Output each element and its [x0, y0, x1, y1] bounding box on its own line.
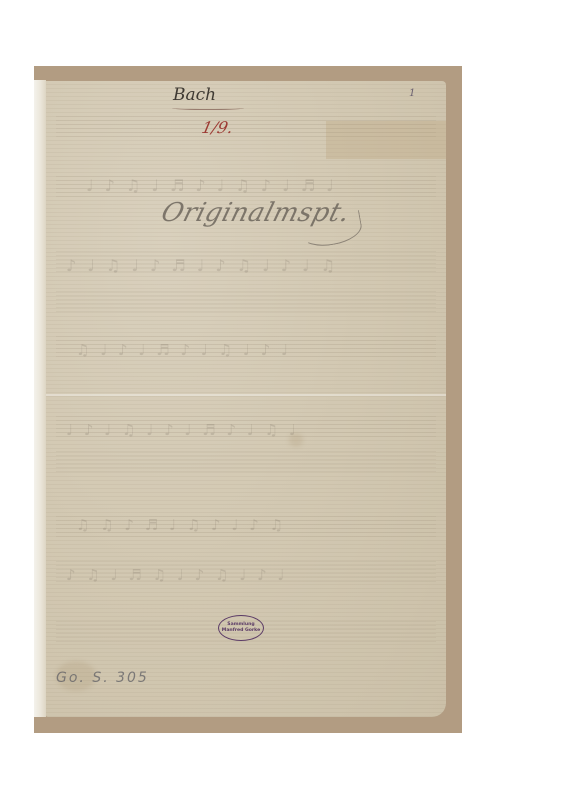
bleed-through-notes: ♫ ♫ ♪ ♬ ♩ ♫ ♪ ♩ ♪ ♫	[76, 516, 286, 534]
bleed-through-notes: ♩ ♪ ♩ ♫ ♩ ♪ ♩ ♬ ♪ ♩ ♫ ♩	[66, 421, 299, 439]
ink-stain	[289, 433, 303, 447]
bleed-through-notes: ♪ ♩ ♫ ♩ ♪ ♬ ♩ ♪ ♫ ♩ ♪ ♩ ♫	[66, 256, 338, 275]
red-catalog-number: 1/9.	[200, 118, 235, 137]
shelfmark: Go. S. 305	[56, 670, 149, 686]
page-number: 1	[409, 88, 415, 99]
bleed-staff	[56, 291, 436, 313]
bleed-staff	[56, 116, 436, 138]
bleed-through-notes: ♫ ♩ ♪ ♩ ♬ ♪ ♩ ♫ ♩ ♪ ♩	[76, 341, 291, 359]
bleed-through-notes: ♪ ♫ ♩ ♬ ♫ ♩ ♪ ♫ ♩ ♪ ♩	[66, 566, 288, 584]
collection-stamp: Sammlung Manfred Gorke	[218, 615, 264, 641]
composer-underline	[172, 105, 244, 110]
bleed-staff	[56, 451, 436, 473]
bleed-through-notes: ♩ ♪ ♫ ♩ ♬ ♪ ♩ ♫ ♪ ♩ ♬ ♩	[86, 176, 337, 195]
fold-line	[46, 394, 446, 396]
paper-left-edge	[34, 80, 46, 717]
stamp-line-2: Manfred Gorke	[222, 628, 260, 634]
composer-label: Bach	[173, 85, 216, 105]
